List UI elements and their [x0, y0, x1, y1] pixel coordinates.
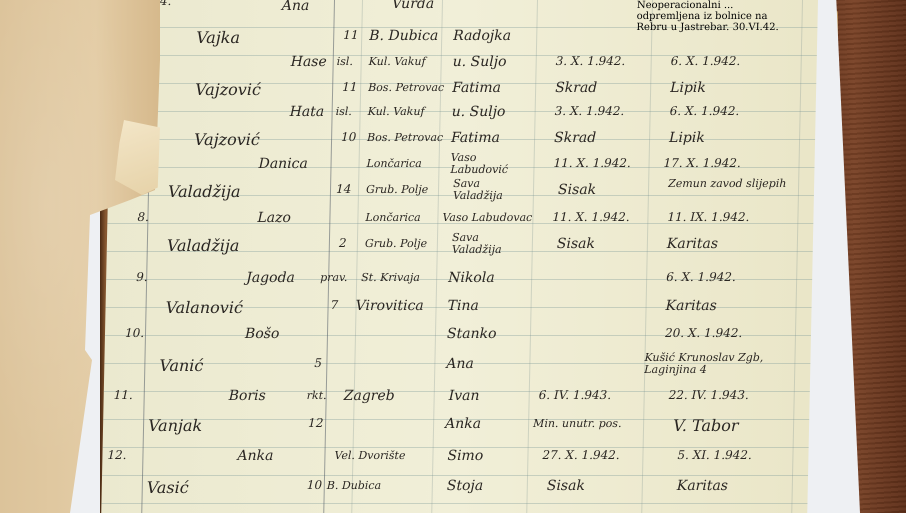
entry-place: Bos. Petrovac — [367, 132, 443, 144]
entry-surname: Vajzović — [194, 130, 260, 149]
entry-place: Virovitica — [355, 298, 423, 314]
entry-place-top: Kul. Vakuf — [368, 106, 425, 118]
entry-age: 14 — [336, 182, 352, 196]
entry-destination: Zemun zavod slijepih — [668, 178, 788, 190]
entry-age: 10 — [341, 130, 357, 144]
ledger-entry-12-bottom: Vasić 10 B. Dubica Stoja Sisak Karitas — [101, 474, 808, 502]
entry-parent-top: Vurda — [392, 0, 435, 12]
entry-number: 8. — [137, 210, 149, 224]
entry-parent-bottom: Sava Valadžija — [452, 232, 528, 256]
entry-age: 7 — [330, 298, 338, 312]
entry-from: Sisak — [558, 182, 596, 198]
entry-destination: Karitas — [677, 478, 728, 494]
entry-date-in: 6. IV. 1.943. — [539, 388, 612, 402]
entry-note-tag: rkt. — [307, 390, 327, 402]
entry-number: 11. — [114, 388, 133, 402]
entry-date-out: 6. X. 1.942. — [666, 270, 736, 284]
entry-first-name: Hata — [289, 104, 324, 120]
entry-first-name: Jagoda — [246, 270, 295, 286]
entry-parent-top: Simo — [447, 448, 483, 464]
entry-destination: Lipik — [669, 130, 705, 146]
entry-place: B. Dubica — [369, 28, 438, 44]
ledger-entry-12-top: 12. Anka Vel. Dvorište Simo 27. X. 1.942… — [102, 444, 809, 472]
entry-from: Sisak — [547, 478, 585, 494]
entry-surname: Valadžija — [167, 236, 240, 255]
entry-parent-bottom: Fatima — [451, 130, 500, 146]
entry-date-out: 17. X. 1.942. — [663, 156, 741, 170]
entry-place-top: St. Krivaja — [361, 272, 420, 284]
ledger-page: 4. Ana Vurda Vajka 11 B. Dubica Radojka … — [101, 0, 818, 513]
entry-parent-bottom: Sava Valadžija — [453, 178, 529, 202]
entry-date-out: 6. X. 1.942. — [670, 104, 740, 118]
entry-destination: Lipik — [670, 80, 706, 96]
entry-date-out: 20. X. 1.942. — [665, 326, 743, 340]
entry-first-name: Bošo — [245, 326, 280, 342]
entry-destination: Kušić Krunoslav Zgb, Laginjina 4 — [644, 352, 785, 376]
entry-parent-bottom: Radojka — [453, 28, 511, 44]
entry-place: Bos. Petrovac — [368, 82, 444, 94]
entry-place: Grub. Polje — [365, 238, 427, 250]
ledger-entry-9-top: 9. Jagoda prav. St. Krivaja Nikola 6. X.… — [106, 266, 813, 294]
entry-place-top: Kul. Vakuf — [369, 56, 426, 68]
entry-from: Min. unutr. pos. — [533, 418, 622, 430]
entry-age: 11 — [343, 28, 359, 42]
entry-from: Sisak — [557, 236, 595, 252]
entry-first-name: Danica — [258, 156, 308, 172]
entry-surname: Vasić — [147, 478, 189, 497]
entry-first-name: Boris — [229, 388, 266, 404]
ledger-entry-8-top: 8. Lazo Lončarica Vaso Labudovac 11. X. … — [107, 206, 814, 234]
entry-date-out: 5. XI. 1.942. — [677, 448, 752, 462]
ledger-entry-10-bottom: Vanić 5 Ana Kušić Krunoslav Zgb, Laginji… — [104, 352, 811, 380]
entry-date-in: 27. X. 1.942. — [542, 448, 620, 462]
entry-date-in: 11. X. 1.942. — [552, 210, 630, 224]
entry-destination-note: Neoperacionalni ... odpremljena iz bolni… — [636, 0, 797, 33]
entry-from: Skrad — [555, 80, 597, 96]
entry-parent-top: Nikola — [448, 270, 495, 286]
entry-note-tag: isl. — [336, 106, 352, 118]
entry-number: 9. — [136, 270, 148, 284]
ledger-entry-6-top: 6. Hata isl. Kul. Vakuf u. Suljo 3. X. 1… — [109, 100, 816, 128]
entry-date-out: 11. IX. 1.942. — [667, 210, 749, 224]
entry-date-in: 11. X. 1.942. — [553, 156, 631, 170]
entry-parent-bottom: Tina — [447, 298, 479, 314]
entry-destination: Karitas — [667, 236, 718, 252]
entry-surname: Valadžija — [168, 182, 241, 201]
entry-first-name: Ana — [282, 0, 310, 14]
entry-parent-top: Stanko — [447, 326, 497, 342]
entry-note-tag: prav. — [320, 272, 348, 284]
entry-place-top: Vel. Dvorište — [334, 450, 405, 462]
entry-age: 10 — [307, 478, 323, 492]
entry-parent-top: Ivan — [449, 388, 480, 404]
entry-surname: Vanjak — [148, 416, 203, 435]
entry-parent-top: Vaso Labudovac — [442, 212, 532, 224]
entry-date-in: 3. X. 1.942. — [555, 104, 625, 118]
entry-first-name: Anka — [237, 448, 273, 464]
entry-destination: Karitas — [665, 298, 716, 314]
entry-parent-bottom: Ana — [446, 356, 474, 372]
entry-note-tag: isl. — [337, 56, 353, 68]
ledger-entry-7-bottom: Valadžija 14 Grub. Polje Sava Valadžija … — [108, 178, 815, 206]
entry-parent-top: Vaso Labudović — [450, 152, 531, 176]
ledger-entry-8-bottom: Valadžija 2 Grub. Polje Sava Valadžija S… — [107, 232, 814, 260]
ledger-entry-11-top: 11. Boris rkt. Zagreb Ivan 6. IV. 1.943.… — [103, 384, 810, 412]
entry-place-top: Lončarica — [365, 212, 420, 224]
ledger-entry-7-top: Danica Lončarica Vaso Labudović 11. X. 1… — [108, 152, 815, 180]
entry-number: 4. — [160, 0, 172, 8]
entry-surname: Valanović — [165, 298, 243, 317]
entry-surname: Vanić — [159, 356, 203, 375]
entry-parent-top: u. Suljo — [453, 54, 507, 70]
entry-age: 2 — [339, 236, 347, 250]
ledger-entry-9-bottom: Valanović 7 Virovitica Tina Karitas — [105, 294, 812, 322]
entry-parent-top: u. Suljo — [451, 104, 505, 120]
entry-date-out: 22. IV. 1.943. — [669, 388, 749, 402]
entry-place-top: Zagreb — [344, 388, 395, 404]
ledger-entry-6-bottom: Vajzović 10 Bos. Petrovac Fatima Skrad L… — [109, 126, 816, 154]
entry-first-name: Lazo — [257, 210, 291, 226]
entry-parent-bottom: Fatima — [452, 80, 501, 96]
ledger-entry-10-top: 10. Bošo Stanko 20. X. 1.942. — [105, 322, 812, 350]
entry-date-out: 6. X. 1.942. — [671, 54, 741, 68]
entry-number: 12. — [107, 448, 126, 462]
entry-place: Grub. Polje — [366, 184, 428, 196]
entry-surname: Vajzović — [195, 80, 261, 99]
entry-destination: V. Tabor — [673, 416, 739, 435]
entry-age: 11 — [342, 80, 358, 94]
entry-age: 5 — [314, 356, 322, 370]
entry-age: 12 — [308, 416, 324, 430]
entry-date-in: 3. X. 1.942. — [556, 54, 626, 68]
entry-parent-bottom: Stoja — [447, 478, 484, 494]
ledger-entry-11-bottom: Vanjak 12 Anka Min. unutr. pos. V. Tabor — [103, 412, 810, 440]
entry-from: Skrad — [554, 130, 596, 146]
torn-paper-scrap — [115, 120, 160, 195]
entry-first-name: Hase — [291, 54, 327, 70]
entry-parent-bottom: Anka — [445, 416, 481, 432]
entry-number: 10. — [125, 326, 144, 340]
entry-surname: Vajka — [196, 28, 240, 47]
entry-place: B. Dubica — [327, 480, 382, 492]
entry-place-top: Lončarica — [366, 158, 421, 170]
ledger-entry-5-top: 5. Hase isl. Kul. Vakuf u. Suljo 3. X. 1… — [110, 50, 817, 78]
